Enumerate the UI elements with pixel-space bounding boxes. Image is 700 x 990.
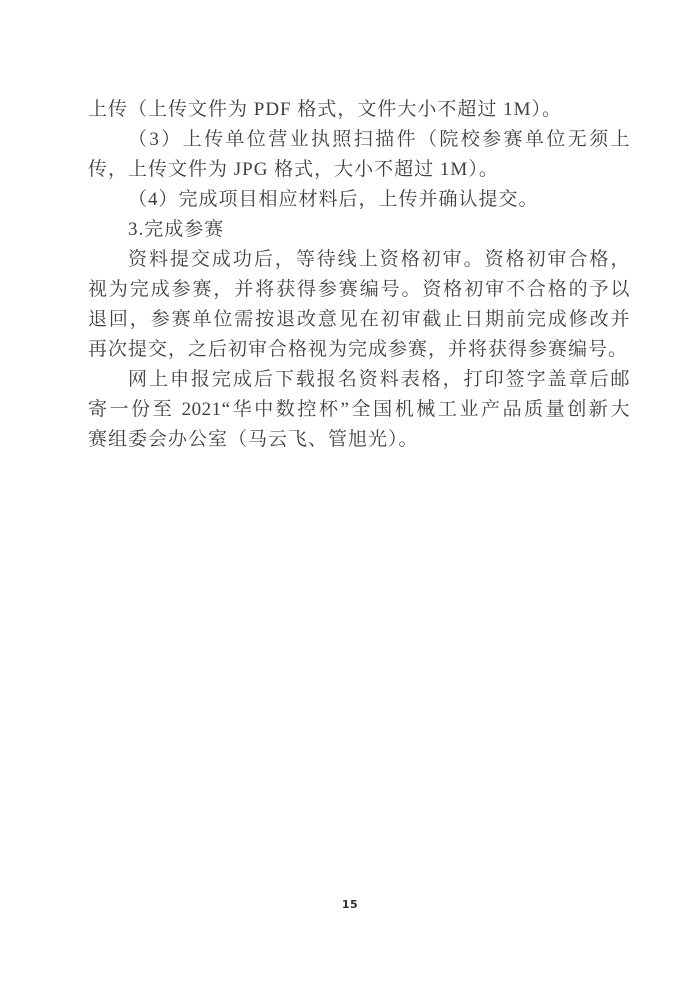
- page-number: 15: [0, 898, 700, 911]
- document-line: 网上申报完成后下载报名资料表格，打印签字盖章后邮: [88, 365, 630, 395]
- document-line: 退回，参赛单位需按退改意见在初审截止日期前完成修改并: [88, 305, 630, 335]
- document-line: （3）上传单位营业执照扫描件（院校参赛单位无须上: [88, 125, 630, 155]
- document-page: 上传（上传文件为 PDF 格式，文件大小不超过 1M）。 （3）上传单位营业执照…: [0, 0, 700, 990]
- document-line: 寄一份至 2021“华中数控杯”全国机械工业产品质量创新大: [88, 395, 630, 425]
- document-line: 视为完成参赛，并将获得参赛编号。资格初审不合格的予以: [88, 275, 630, 305]
- document-line: 3.完成参赛: [88, 215, 630, 245]
- document-line: 上传（上传文件为 PDF 格式，文件大小不超过 1M）。: [88, 95, 630, 125]
- document-body: 上传（上传文件为 PDF 格式，文件大小不超过 1M）。 （3）上传单位营业执照…: [88, 95, 630, 455]
- document-line: 资料提交成功后，等待线上资格初审。资格初审合格，: [88, 245, 630, 275]
- document-line: 赛组委会办公室（马云飞、管旭光）。: [88, 425, 630, 455]
- document-line: 传，上传文件为 JPG 格式，大小不超过 1M）。: [88, 155, 630, 185]
- document-line: （4）完成项目相应材料后，上传并确认提交。: [88, 185, 630, 215]
- document-line: 再次提交，之后初审合格视为完成参赛，并将获得参赛编号。: [88, 335, 630, 365]
